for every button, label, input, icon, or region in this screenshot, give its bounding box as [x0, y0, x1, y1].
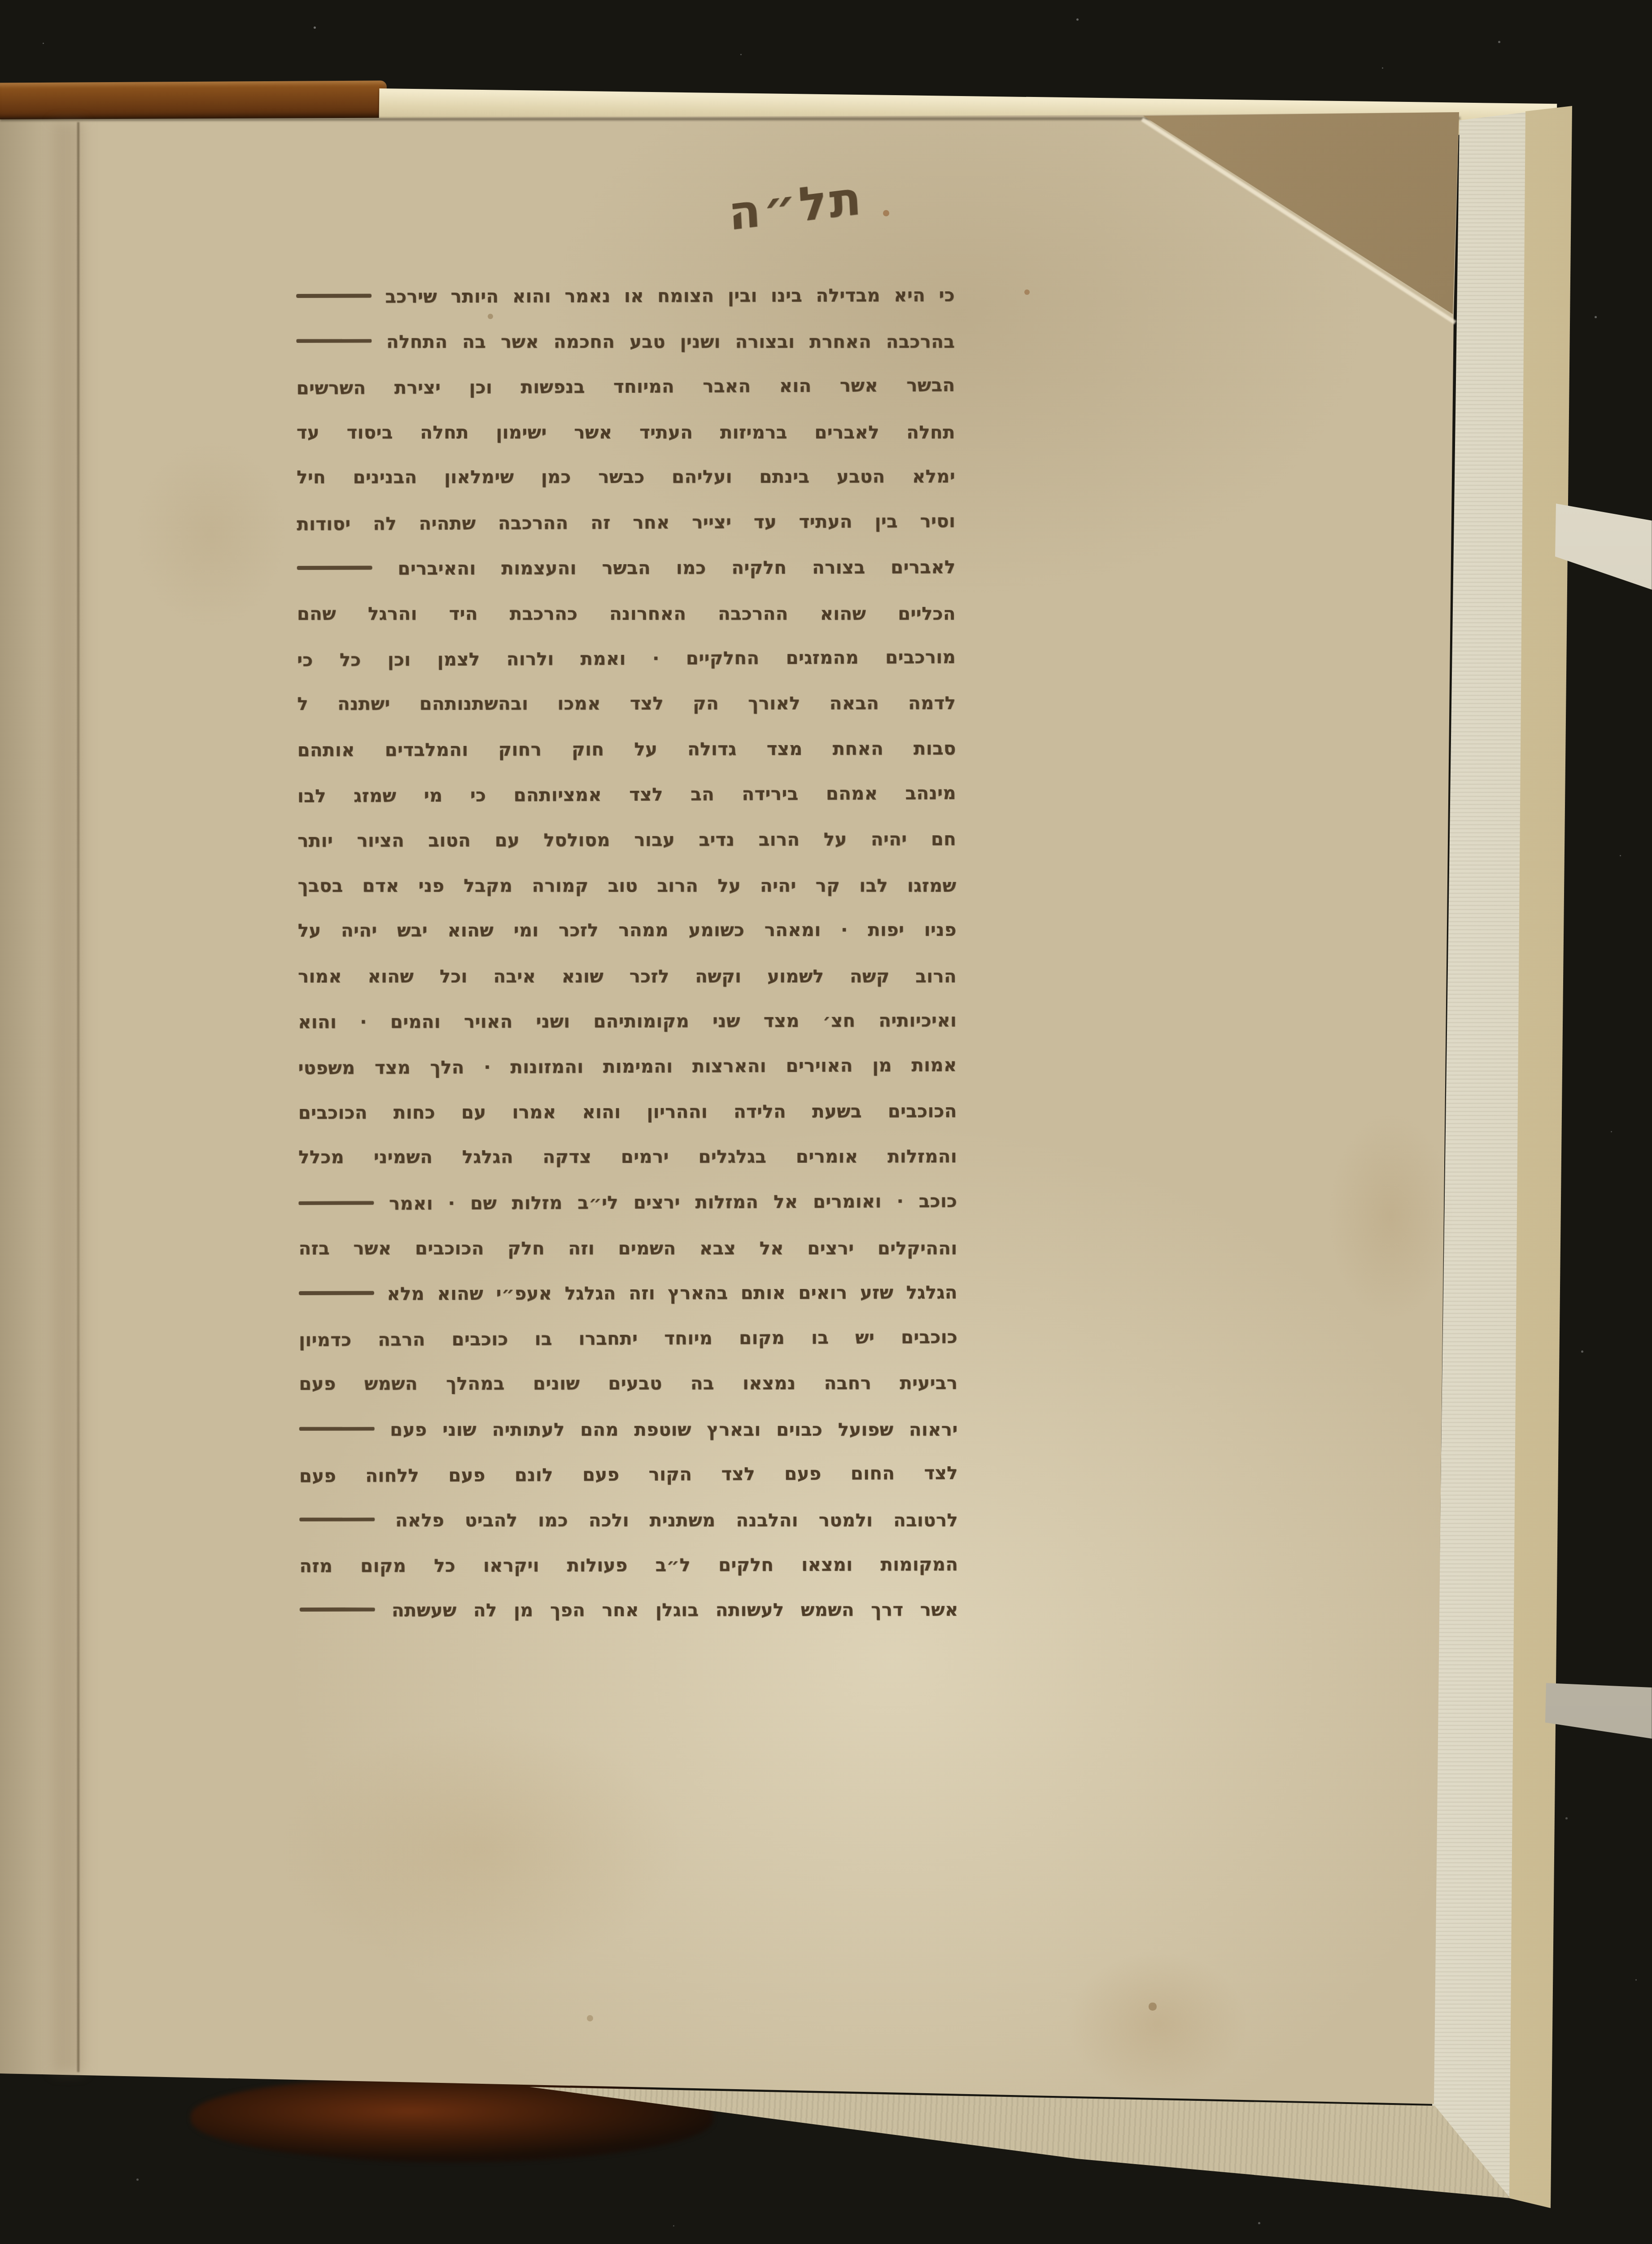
- text-line: לצד החום פעם לצד הקור פעם לונם פעם ללחוה…: [299, 1451, 958, 1499]
- text-line: הכליים שהוא ההרכבה האחרונה כהרכבת היד וה…: [297, 592, 956, 637]
- text-line: ואיכיותיה חצ׳ מצד שני מקומותיהם ושני האו…: [298, 998, 957, 1045]
- text-line: הבשר אשר הוא האבר המיוחד בנפשות וכן יציר…: [296, 363, 955, 412]
- leather-spine-headcap: [0, 80, 387, 122]
- line-filler-stroke: [296, 294, 371, 298]
- text-line: סבות האחת מצד גדולה על חוק רחוק והמלבדים…: [297, 726, 956, 773]
- page-stain: [1068, 1952, 1247, 2096]
- page-stain: [278, 1723, 682, 1975]
- text-line: המקומות ומצאו חלקים ל״ב פעולות ויקראו כל…: [299, 1542, 958, 1589]
- text-line: כוכב · ואומרים אל המזלות ירצים לי״ב מזלו…: [298, 1179, 957, 1227]
- text-line: ימלא הטבע בינתם ועליהם כבשר כמן שימלאון …: [297, 454, 955, 500]
- text-block: כי היא מבדילה בינו ובין הצומח או נאמר וה…: [296, 273, 958, 1635]
- line-filler-stroke: [299, 1427, 375, 1431]
- line-filler-stroke: [298, 1201, 374, 1205]
- text-line: הכוכבים בשעת הלידה וההריון והוא אמרו עם …: [298, 1089, 957, 1136]
- page-stain: [135, 440, 287, 628]
- text-line: בהרכבה האחרת ובצורה ושנין טבע החכמה אשר …: [296, 320, 955, 365]
- text-line: מינהב אמהם בירידה הב לצד אמציותהם כי מי …: [297, 771, 956, 820]
- ink-spots: [0, 0, 3, 3]
- text-line: מורכבים מהמזגים החלקיים · ואמת ולרוה לצמ…: [297, 635, 956, 684]
- gutter-fold-shadow: [53, 121, 84, 2073]
- text-line: וההיקלים ירצים אל צבא השמים וזה חלק הכוכ…: [299, 1226, 957, 1271]
- text-line: לדמה הבאה לאורך הק לצד אמכו ובהשתנותהם י…: [297, 681, 956, 727]
- text-line: פניו יפות · ומאהר כשומע ממהר לזכר ומי שה…: [298, 907, 957, 954]
- line-filler-stroke: [299, 1291, 374, 1295]
- text-line: הגלגל שזע רואים אותם בהארץ וזה הגלגל אעפ…: [299, 1270, 957, 1317]
- text-line: כוכבים יש בו מקום מיוחד יתחברו בו כוכבים…: [299, 1315, 957, 1363]
- text-line: אמות מן האוירים והארצות והמימות והמזונות…: [298, 1043, 957, 1091]
- line-filler-stroke: [296, 339, 371, 343]
- text-line: והמזלות אומרים בגלגלים ירמים צדקה הגלגל …: [298, 1134, 957, 1180]
- text-line: וסיר בין העתיד עד יצייר אחר זה ההרכבה שת…: [297, 499, 955, 548]
- line-filler-stroke: [299, 1517, 375, 1521]
- text-line: יראוה שפועל כבוים ובארץ שוטפת מהם לעתותי…: [299, 1407, 958, 1453]
- photograph-of-manuscript: תל״ה כי היא מבדילה בינו ובין הצומח או נא…: [0, 0, 1652, 2244]
- text-line: תחלה לאברים ברמיזות העתיד אשר ישימון תחל…: [297, 410, 955, 456]
- text-line: אשר דרך השמש לעשותה בוגלן אחר הפך מן לה …: [300, 1587, 958, 1634]
- line-filler-stroke: [300, 1607, 375, 1611]
- text-line: חם יהיה על הרוב נדיב עבור מסולסל עם הטוב…: [297, 817, 956, 864]
- text-line: שמזגו לבו קר יהיה על הרוב טוב קמורה מקבל…: [298, 863, 957, 909]
- line-filler-stroke: [297, 565, 372, 570]
- text-line: כי היא מבדילה בינו ובין הצומח או נאמר וה…: [296, 273, 955, 320]
- text-line: לאברים בצורה חלקיה כמו הבשר והעצמות והאי…: [297, 545, 956, 592]
- page-stain: [1328, 1113, 1454, 1319]
- text-line: הרוב קשה לשמוע וקשה לזכר שונא איבה וכל ש…: [298, 954, 957, 999]
- folio-mark: תל״ה: [709, 146, 884, 275]
- text-line: רביעית רחבה נמצאו בה טבעים שונים במהלך ה…: [299, 1361, 957, 1407]
- gutter-sewing-crease: [77, 122, 79, 2072]
- text-line: לרטובה ולמטר והלבנה משתנית ולכה כמו להבי…: [299, 1498, 958, 1543]
